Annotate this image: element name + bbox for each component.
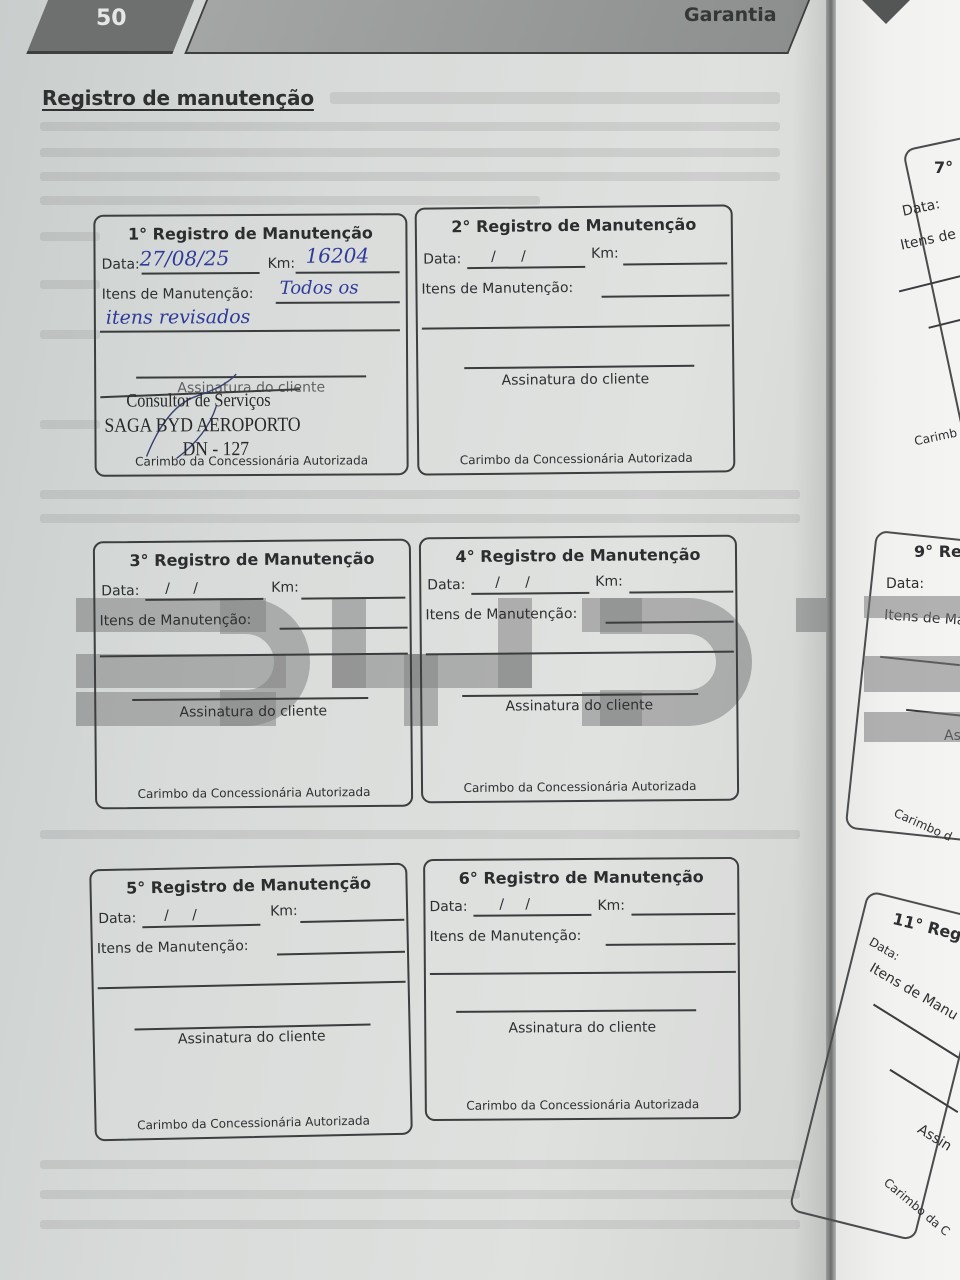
signature-label: Assinatura do cliente: [95, 1027, 409, 1050]
stamp-label: Carimb: [913, 426, 958, 449]
km-label: Km:: [271, 580, 299, 596]
maintenance-record-5: 5° Registro de Manutenção Data: // Km: I…: [89, 863, 413, 1142]
date-label: Data:: [102, 257, 140, 273]
km-label: Km:: [595, 574, 623, 590]
bleed-text: [40, 148, 780, 157]
stamp-label: Carimbo da Concessionária Autorizada: [96, 1113, 410, 1134]
date-label: Data:: [423, 251, 461, 267]
date-label: Data:: [886, 576, 924, 592]
bleed-text: [40, 122, 780, 131]
record-title: 2° Registro de Manutenção: [417, 214, 731, 236]
items-value-line2[interactable]: itens revisados: [106, 306, 251, 329]
stamp-label: Carimbo da Concessionária Autorizada: [419, 450, 733, 467]
km-label: Km:: [591, 246, 619, 262]
items-label: Itens de Manutenção:: [102, 286, 254, 303]
page-number: 50: [96, 6, 127, 31]
date-label: Data:: [101, 583, 139, 599]
date-label: Data:: [429, 899, 467, 915]
bleed-text: [40, 420, 100, 429]
stamp-label: Carimbo da Concessionária Autorizada: [427, 1097, 739, 1113]
bleed-text: [40, 330, 100, 339]
items-value-line1[interactable]: Todos os: [280, 277, 359, 298]
bleed-text: [40, 1220, 800, 1229]
items-label: Itens de Manutenção:: [425, 606, 577, 623]
date-label: Data:: [427, 577, 465, 593]
bleed-text: [40, 830, 800, 839]
maintenance-record-1: 1° Registro de Manutenção Data: 27/08/25…: [93, 213, 408, 477]
dealer-stamp: Consultor de Serviços SAGA BYD AEROPORTO…: [95, 215, 405, 217]
record-title: 3° Registro de Manutenção: [95, 549, 409, 571]
items-label: Itens de Manutenção:: [97, 938, 249, 957]
page-heading: Registro de manutenção: [42, 86, 314, 110]
bleed-text: [40, 232, 100, 241]
items-label: Itens de Manutenção:: [430, 928, 582, 945]
record-title: 7°: [934, 158, 953, 177]
section-title: Garantia: [684, 4, 777, 26]
bleed-text: [40, 490, 800, 499]
km-label: Km:: [270, 903, 298, 920]
bleed-text: [40, 1190, 800, 1199]
signature-label: Assinatura do cliente: [418, 370, 732, 389]
stamp-label: Carimbo da Concessionária Autorizada: [97, 453, 407, 469]
record-title: 4° Registro de Manutenção: [421, 545, 735, 567]
maintenance-record-3: 3° Registro de Manutenção Data: // Km: I…: [93, 539, 413, 810]
km-label: Km:: [268, 256, 296, 272]
bleed-text: [40, 172, 780, 181]
maintenance-record-4: 4° Registro de Manutenção Data: // Km: I…: [419, 535, 739, 804]
date-label: Data:: [98, 910, 136, 927]
bleed-text: [40, 196, 540, 205]
right-header-tab: [862, 0, 910, 24]
left-page: 50 Garantia Registro de manutenção 1° Re…: [0, 0, 832, 1280]
signature-label: Assinatura do cliente: [96, 703, 410, 722]
signature-label: Assinatura do cliente: [422, 697, 736, 716]
record-title: 9° Re: [914, 542, 960, 561]
record-title: 6° Registro de Manutenção: [425, 867, 737, 888]
record-title: 1° Registro de Manutenção: [95, 223, 405, 244]
bleed-text: [40, 1160, 800, 1169]
bleed-text: [330, 92, 780, 104]
km-label: Km:: [597, 898, 625, 914]
items-label: Itens de Manutenção:: [99, 612, 251, 629]
signature-label: Assinatura do cliente: [426, 1019, 738, 1037]
items-label: Itens de Manutenção:: [421, 280, 573, 298]
km-value[interactable]: 16204: [305, 243, 369, 267]
stamp-label: Carimbo da Concessionária Autorizada: [97, 785, 411, 802]
bleed-text: [40, 514, 800, 523]
maintenance-record-2: 2° Registro de Manutenção Data: // Km: I…: [415, 204, 736, 475]
maintenance-record-6: 6° Registro de Manutenção Data: // Km: I…: [423, 857, 741, 1121]
record-title: 5° Registro de Manutenção: [91, 873, 405, 899]
bleed-text: [40, 280, 100, 289]
stamp-label: Carimbo da Concessionária Autorizada: [423, 779, 737, 796]
date-value[interactable]: 27/08/25: [139, 246, 229, 270]
right-page: 7° Data: Itens de Carimb 9° Re Data: Ite…: [836, 0, 960, 1280]
